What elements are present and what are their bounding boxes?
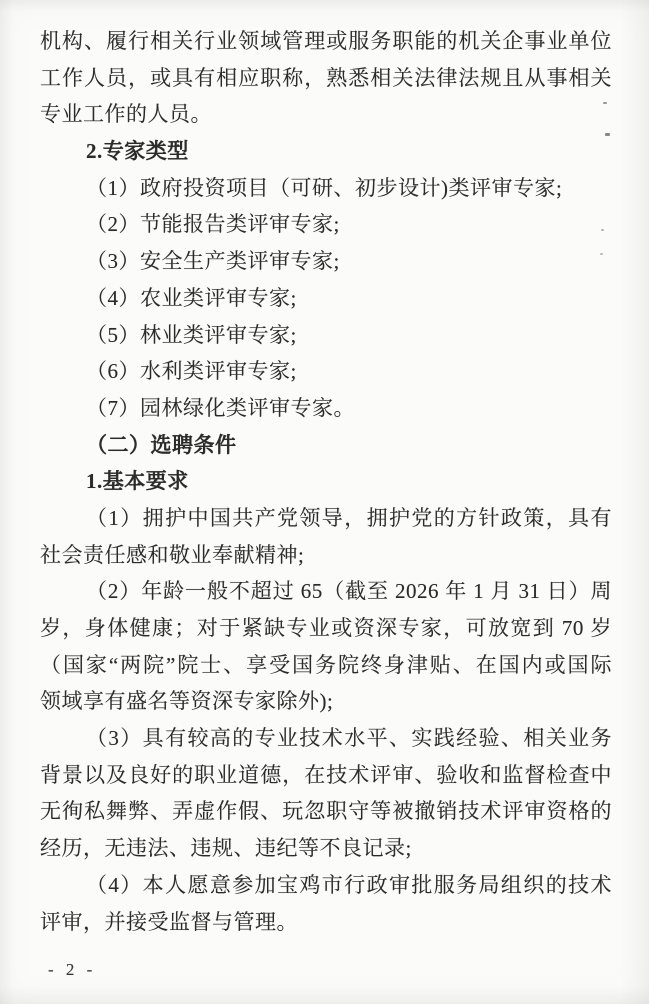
scan-noise — [601, 229, 604, 231]
text-line: （1）政府投资项目（可研、初步设计)类评审专家; — [40, 170, 612, 207]
scan-noise — [600, 253, 603, 255]
text-line: （3）具有较高的专业技术水平、实践经验、相关业务 — [40, 720, 612, 757]
text-line: （6）水利类评审专家; — [40, 353, 612, 390]
text-line: 评审，并接受监督与管理。 — [40, 904, 612, 941]
page-number: - 2 - — [48, 960, 94, 980]
text-line: 工作人员，或具有相应职称，熟悉相关法律法规且从事相关 — [40, 60, 612, 97]
document-page: 机构、履行相关行业领域管理或服务职能的机关企事业单位工作人员，或具有相应职称，熟… — [0, 0, 649, 1004]
text-line: 背景以及良好的职业道德，在技术评审、验收和监督检查中 — [40, 757, 612, 794]
text-line: 专业工作的人员。 — [40, 96, 612, 133]
text-line: 领域享有盛名等资深专家除外); — [40, 683, 612, 720]
text-line: （3）安全生产类评审专家; — [40, 243, 612, 280]
text-line: （2）节能报告类评审专家; — [40, 206, 612, 243]
text-line: 机构、履行相关行业领域管理或服务职能的机关企事业单位 — [40, 23, 612, 60]
heading-line: （二）选聘条件 — [40, 427, 612, 464]
scan-noise — [603, 102, 607, 104]
scan-noise — [605, 133, 610, 136]
text-line: （2）年龄一般不超过 65（截至 2026 年 1 月 31 日）周 — [40, 573, 612, 610]
heading-line: 1.基本要求 — [40, 463, 612, 500]
text-line: 社会责任感和敬业奉献精神; — [40, 537, 612, 574]
text-line: （1）拥护中国共产党领导，拥护党的方针政策，具有 — [40, 500, 612, 537]
text-line: （4）本人愿意参加宝鸡市行政审批服务局组织的技术 — [40, 867, 612, 904]
text-line: （5）林业类评审专家; — [40, 317, 612, 354]
text-line: 经历，无违法、违规、违纪等不良记录; — [40, 830, 612, 867]
heading-line: 2.专家类型 — [40, 133, 612, 170]
text-line: （国家“两院”院士、享受国务院终身津贴、在国内或国际 — [40, 647, 612, 684]
text-line: 无徇私舞弊、弄虚作假、玩忽职守等被撤销技术评审资格的 — [40, 793, 612, 830]
text-line: 岁，身体健康；对于紧缺专业或资深专家，可放宽到 70 岁 — [40, 610, 612, 647]
text-line: （4）农业类评审专家; — [40, 280, 612, 317]
document-lines: 机构、履行相关行业领域管理或服务职能的机关企事业单位工作人员，或具有相应职称，熟… — [0, 0, 649, 940]
text-line: （7）园林绿化类评审专家。 — [40, 390, 612, 427]
